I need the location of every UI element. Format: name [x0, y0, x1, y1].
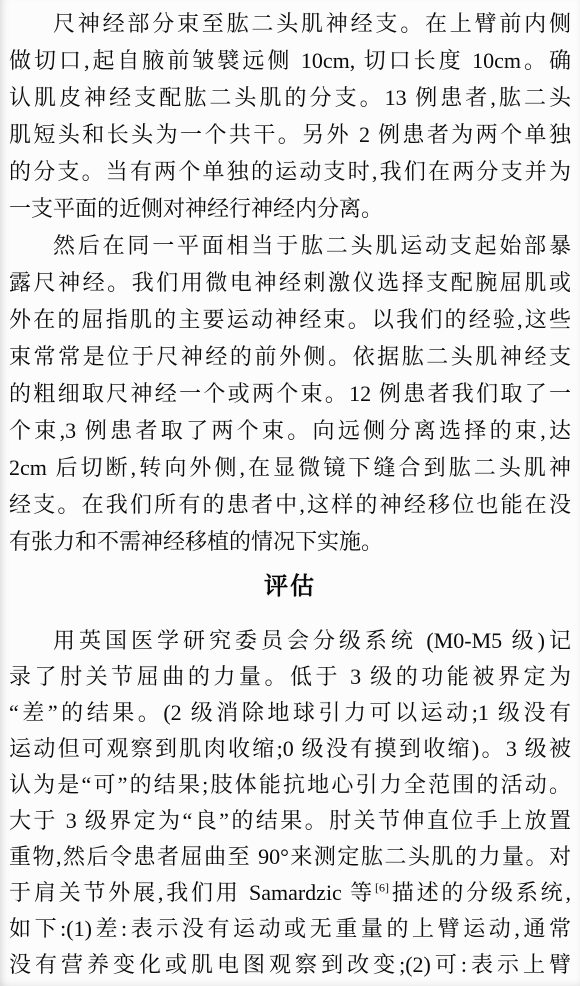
text-line: 个束,3 例患者取了两个束。向远侧分离选择的束,达: [9, 412, 571, 449]
text-line: 束常常是位于尺神经的前外侧。依据肱二头肌神经支: [9, 338, 571, 375]
section-heading-evaluation: 评估: [9, 572, 571, 602]
text-line: 如下:(1)差:表示没有运动或无重量的上臂运动,通常: [9, 911, 571, 947]
text-line: 用英国医学研究委员会分级系统 (M0-M5 级)记: [9, 623, 571, 659]
text-line: 认为是“可”的结果;肢体能抗地心引力全范围的活动。: [9, 767, 571, 803]
text-line: 2cm 后切断,转向外侧,在显微镜下缝合到肱二头肌神: [9, 449, 571, 486]
text-line: 有张力和不需神经移植的情况下实施。: [9, 523, 571, 560]
text-line: 然后在同一平面相当于肱二头肌运动支起始部暴: [9, 227, 571, 264]
text-line-with-citation: 于肩关节外展,我们用 Samardzic 等[6]描述的分级系统,: [9, 875, 571, 911]
text-line: 重物,然后令患者屈曲至 90°来测定肱二头肌的力量。对: [9, 839, 571, 875]
text-line: 经支。在我们所有的患者中,这样的神经移位也能在没: [9, 486, 571, 523]
text-line: 大于 3 级界定为“良”的结果。肘关节伸直位手上放置: [9, 803, 571, 839]
text-line: 的粗细取尺神经一个或两个束。12 例患者我们取了一: [9, 375, 571, 412]
text-line: “差”的结果。(2 级消除地球引力可以运动;1 级没有: [9, 695, 571, 731]
citation-line-post: 描述的分级系统,: [389, 880, 571, 905]
paragraph-evaluation-grading: 用英国医学研究委员会分级系统 (M0-M5 级)记 录了肘关节屈曲的力量。低于 …: [9, 623, 571, 983]
text-line: 认肌皮神经支配肱二头肌的分支。13 例患者,肱二头: [9, 79, 571, 116]
text-line: 录了肘关节屈曲的力量。低于 3 级的功能被界定为: [9, 659, 571, 695]
paragraph-methods-incision: 尺神经部分束至肱二头肌神经支。在上臂前内侧 做切口,起自腋前皱襞远侧 10cm,…: [9, 5, 571, 227]
text-line: 运动但可观察到肌肉收缩;0 级没有摸到收缩)。3 级被: [9, 731, 571, 767]
citation-line-pre: 于肩关节外展,我们用 Samardzic 等: [9, 880, 375, 905]
text-line: 的分支。当有两个单独的运动支时,我们在两分支并为: [9, 153, 571, 190]
text-line: 一支平面的近侧对神经行神经内分离。: [9, 190, 571, 227]
text-line: 没有营养变化或肌电图观察到改变;(2)可:表示上臂: [9, 947, 571, 983]
citation-ref-6: [6]: [375, 881, 389, 895]
text-line: 尺神经部分束至肱二头肌神经支。在上臂前内侧: [9, 5, 571, 42]
paragraph-methods-fascicle-selection: 然后在同一平面相当于肱二头肌运动支起始部暴 露尺神经。我们用微电神经刺激仪选择支…: [9, 227, 571, 560]
text-line: 外在的屈指肌的主要运动神经束。以我们的经验,这些: [9, 301, 571, 338]
text-line: 肌短头和长头为一个共干。另外 2 例患者为两个单独: [9, 116, 571, 153]
text-line: 露尺神经。我们用微电神经刺激仪选择支配腕屈肌或: [9, 264, 571, 301]
article-page: 尺神经部分束至肱二头肌神经支。在上臂前内侧 做切口,起自腋前皱襞远侧 10cm,…: [0, 0, 580, 986]
text-line: 做切口,起自腋前皱襞远侧 10cm, 切口长度 10cm。确: [9, 42, 571, 79]
